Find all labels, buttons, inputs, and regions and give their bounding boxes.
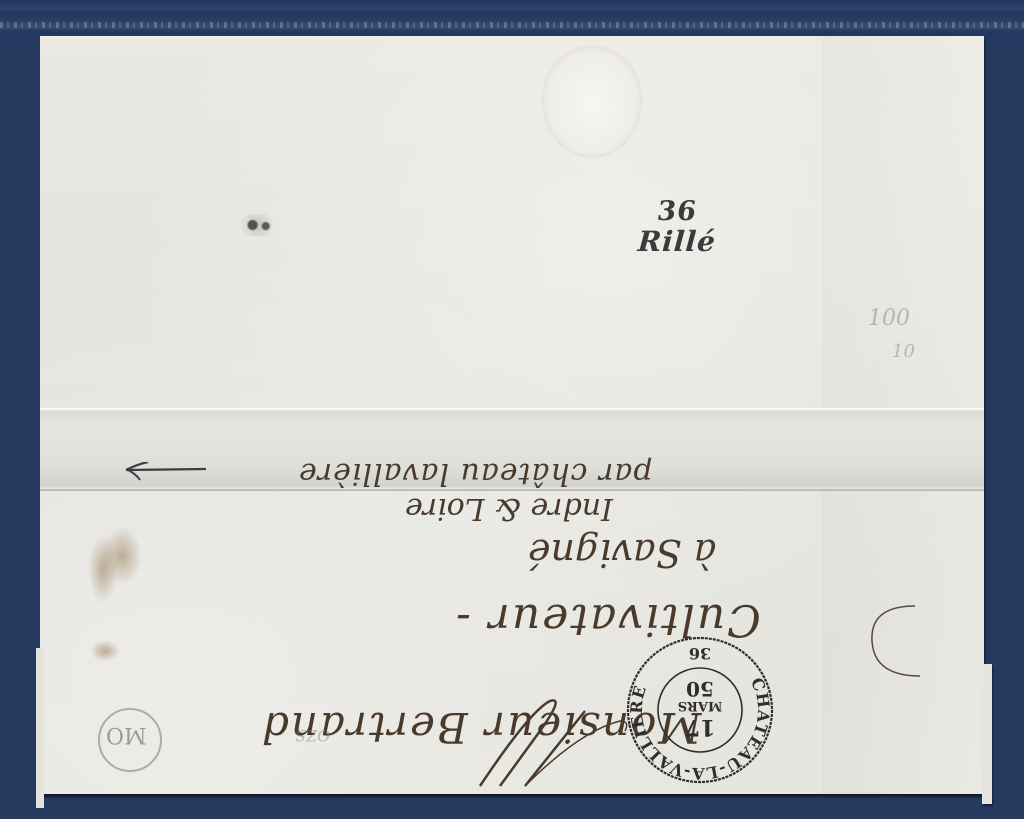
address-line-2: Indre & Loire bbox=[405, 491, 613, 526]
town-cachet: 36 Rillé bbox=[622, 198, 732, 258]
postmark-dept: 36 bbox=[689, 644, 711, 663]
pencil-note-2: 10 bbox=[892, 341, 915, 362]
fold-crease-top bbox=[40, 408, 984, 410]
postmark-year: 50 bbox=[686, 677, 714, 701]
boxed-mark: MO bbox=[98, 708, 162, 772]
folded-letter: 36 Rillé 100 10 par château lavallière I… bbox=[40, 36, 984, 794]
flourish-m bbox=[470, 691, 630, 791]
ink-stain-3 bbox=[90, 640, 120, 662]
address-line-1: par château lavallière bbox=[298, 456, 652, 491]
left-arrow-icon bbox=[120, 462, 210, 482]
postmark-day: 17 bbox=[685, 714, 716, 740]
left-fold-lip bbox=[36, 648, 44, 808]
ink-blot bbox=[235, 214, 279, 236]
boxed-mark-text: MO bbox=[106, 722, 147, 747]
wax-seal-ghost bbox=[542, 46, 642, 158]
pencil-note-1: 100 bbox=[868, 306, 910, 331]
cachet-number: 36 bbox=[620, 198, 734, 226]
flourish-c bbox=[860, 596, 930, 686]
right-fold-lip bbox=[982, 664, 992, 804]
cachet-town: Rillé bbox=[621, 226, 733, 258]
pencil-note-3: OZS bbox=[295, 726, 330, 745]
ink-stain-2 bbox=[88, 534, 118, 604]
album-strip-scuff bbox=[0, 22, 1024, 28]
address-line-3: à Savigné bbox=[528, 531, 716, 575]
chateau-la-valliere-postmark: CHATEAU-LA-VALLIÈRE 17 MARS 50 36 bbox=[620, 630, 780, 790]
